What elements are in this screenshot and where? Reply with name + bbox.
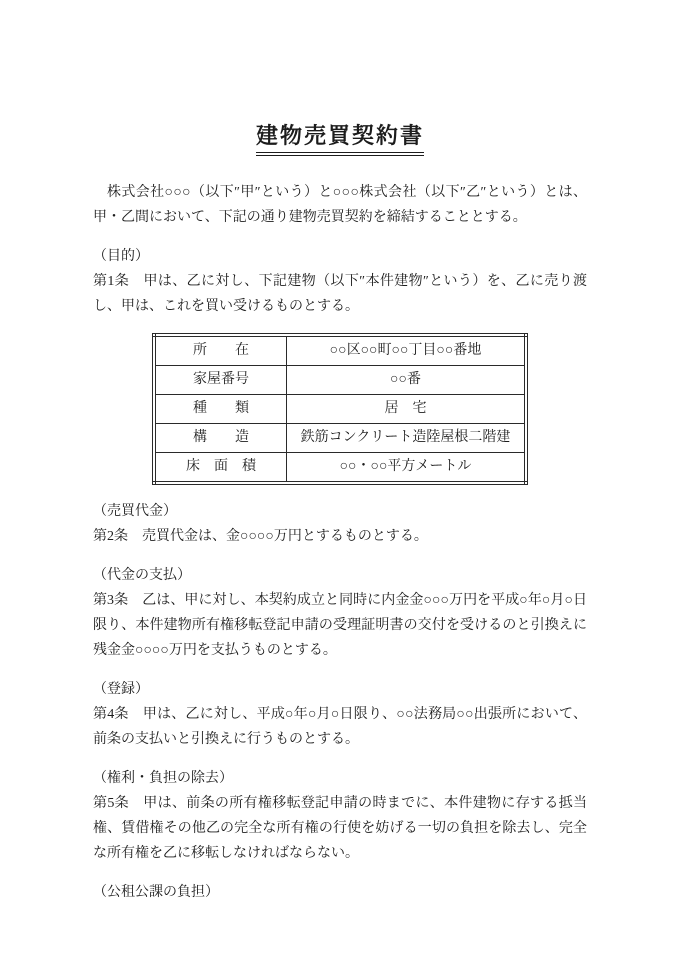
table-label-cell: 家屋番号 bbox=[154, 365, 287, 394]
property-table: 所 在 ○○区○○町○○丁目○○番地 家屋番号 ○○番 種 類 居 宅 構 造 … bbox=[152, 333, 528, 485]
table-value-cell: ○○番 bbox=[287, 365, 527, 394]
table-value-cell: 居 宅 bbox=[287, 394, 527, 423]
title-wrap: 建物売買契約書 bbox=[93, 122, 587, 156]
table-value-cell: 鉄筋コンクリート造陸屋根二階建 bbox=[287, 423, 527, 452]
table-row: 家屋番号 ○○番 bbox=[154, 365, 526, 394]
table-row: 構 造 鉄筋コンクリート造陸屋根二階建 bbox=[154, 423, 526, 452]
table-label-cell: 床 面 積 bbox=[154, 452, 287, 483]
table-label-cell: 構 造 bbox=[154, 423, 287, 452]
section-taxes: （公租公課の負担） bbox=[93, 880, 587, 905]
section-payment: （代金の支払） 第3条 乙は、甲に対し、本契約成立と同時に内金金○○○万円を平成… bbox=[93, 563, 587, 663]
section-heading: （公租公課の負担） bbox=[93, 880, 587, 905]
table-label-cell: 所 在 bbox=[154, 335, 287, 366]
table-row: 種 類 居 宅 bbox=[154, 394, 526, 423]
section-body: 第2条 売買代金は、金○○○○万円とするものとする。 bbox=[93, 524, 587, 549]
contract-page: 建物売買契約書 株式会社○○○（以下″甲″という）と○○○株式会社（以下″乙″と… bbox=[0, 0, 680, 962]
section-body: 第3条 乙は、甲に対し、本契約成立と同時に内金金○○○万円を平成○年○月○日限り… bbox=[93, 588, 587, 663]
table-value-cell: ○○・○○平方メートル bbox=[287, 452, 527, 483]
section-body: 第4条 甲は、乙に対し、平成○年○月○日限り、○○法務局○○出張所において、前条… bbox=[93, 702, 587, 752]
table-row: 床 面 積 ○○・○○平方メートル bbox=[154, 452, 526, 483]
section-body: 第1条 甲は、乙に対し、下記建物（以下″本件建物″という）を、乙に売り渡し、甲は… bbox=[93, 269, 587, 319]
preamble-paragraph: 株式会社○○○（以下″甲″という）と○○○株式会社（以下″乙″という）とは、甲・… bbox=[93, 180, 587, 230]
table-label-cell: 種 類 bbox=[154, 394, 287, 423]
section-encumbrance-removal: （権利・負担の除去） 第5条 甲は、前条の所有権移転登記申請の時までに、本件建物… bbox=[93, 766, 587, 866]
table-row: 所 在 ○○区○○町○○丁目○○番地 bbox=[154, 335, 526, 366]
section-heading: （売買代金） bbox=[93, 499, 587, 524]
section-heading: （代金の支払） bbox=[93, 563, 587, 588]
section-purpose: （目的） 第1条 甲は、乙に対し、下記建物（以下″本件建物″という）を、乙に売り… bbox=[93, 244, 587, 319]
document-title: 建物売買契約書 bbox=[256, 122, 424, 156]
section-heading: （登録） bbox=[93, 677, 587, 702]
section-registration: （登録） 第4条 甲は、乙に対し、平成○年○月○日限り、○○法務局○○出張所にお… bbox=[93, 677, 587, 752]
table-value-cell: ○○区○○町○○丁目○○番地 bbox=[287, 335, 527, 366]
section-heading: （権利・負担の除去） bbox=[93, 766, 587, 791]
section-price: （売買代金） 第2条 売買代金は、金○○○○万円とするものとする。 bbox=[93, 499, 587, 549]
section-heading: （目的） bbox=[93, 244, 587, 269]
section-body: 第5条 甲は、前条の所有権移転登記申請の時までに、本件建物に存する抵当権、賃借権… bbox=[93, 791, 587, 866]
